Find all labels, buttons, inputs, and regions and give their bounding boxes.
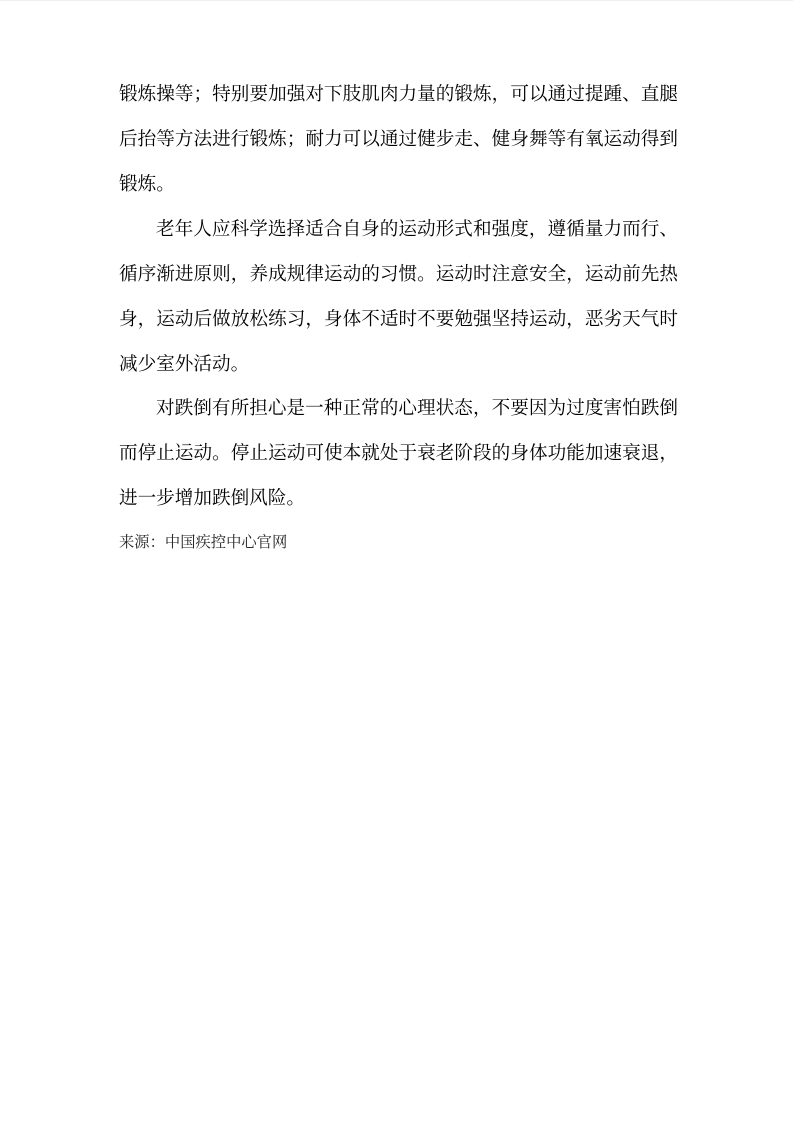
body-paragraph-1: 锻炼操等；特别要加强对下肢肌肉力量的锻炼，可以通过提踵、直腿后抬等方法进行锻炼；… xyxy=(119,71,678,206)
document-page: 锻炼操等；特别要加强对下肢肌肉力量的锻炼，可以通过提踵、直腿后抬等方法进行锻炼；… xyxy=(0,0,793,1122)
source-attribution: 来源：中国疾控中心官网 xyxy=(119,532,678,554)
document-body: 锻炼操等；特别要加强对下肢肌肉力量的锻炼，可以通过提踵、直腿后抬等方法进行锻炼；… xyxy=(119,71,678,554)
body-paragraph-3: 对跌倒有所担心是一种正常的心理状态，不要因为过度害怕跌倒而停止运动。停止运动可使… xyxy=(119,386,678,521)
body-paragraph-2: 老年人应科学选择适合自身的运动形式和强度，遵循量力而行、循序渐进原则，养成规律运… xyxy=(119,206,678,386)
